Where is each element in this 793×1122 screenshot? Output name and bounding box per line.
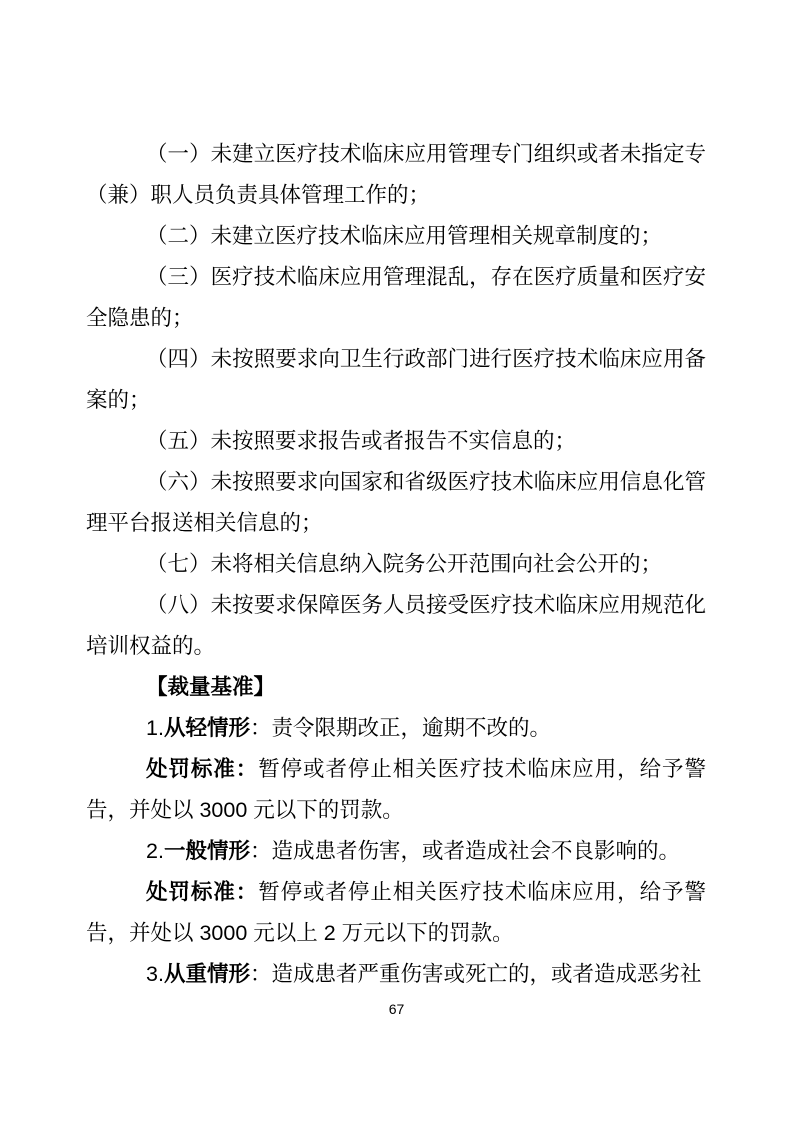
- clause-5: （五）未按照要求报告或者报告不实信息的；: [86, 421, 706, 462]
- bold-text-run: 一般情形: [164, 839, 250, 863]
- clause-8: （八）未按要求保障医务人员接受医疗技术临床应用规范化培训权益的。: [86, 585, 706, 667]
- page-footer: 67: [0, 1000, 793, 1019]
- text-run: （七）未将相关信息纳入院务公开范围向社会公开的；: [146, 552, 662, 576]
- bold-text-run: 从重情形: [164, 962, 250, 986]
- penalty-standard-2: 处罚标准：暂停或者停止相关医疗技术临床应用，给予警告，并处以 3000 元以上 …: [86, 872, 706, 954]
- text-run: 1.: [146, 716, 164, 740]
- clause-7: （七）未将相关信息纳入院务公开范围向社会公开的；: [86, 544, 706, 585]
- item-3-severe-circumstance: 3.从重情形：造成患者严重伤害或死亡的，或者造成恶劣社: [86, 954, 706, 995]
- text-run: （二）未建立医疗技术临床应用管理相关规章制度的；: [146, 224, 662, 248]
- item-2-general-circumstance: 2.一般情形：造成患者伤害，或者造成社会不良影响的。: [86, 831, 706, 872]
- text-run: （四）未按照要求向卫生行政部门进行医疗技术临床应用备案的；: [86, 347, 706, 412]
- penalty-standard-1: 处罚标准：暂停或者停止相关医疗技术临床应用，给予警告，并处以 3000 元以下的…: [86, 749, 706, 831]
- text-run: （五）未按照要求报告或者报告不实信息的；: [146, 429, 576, 453]
- text-run: （一）未建立医疗技术临床应用管理专门组织或者未指定专（兼）职人员负责具体管理工作…: [86, 142, 706, 207]
- document-body: （一）未建立医疗技术临床应用管理专门组织或者未指定专（兼）职人员负责具体管理工作…: [86, 134, 706, 995]
- text-run: ：造成患者伤害，或者造成社会不良影响的。: [250, 839, 680, 863]
- document-page: （一）未建立医疗技术临床应用管理专门组织或者未指定专（兼）职人员负责具体管理工作…: [0, 0, 793, 1122]
- clause-2: （二）未建立医疗技术临床应用管理相关规章制度的；: [86, 216, 706, 257]
- text-run: ：造成患者严重伤害或死亡的，或者造成恶劣社: [250, 962, 702, 986]
- clause-4: （四）未按照要求向卫生行政部门进行医疗技术临床应用备案的；: [86, 339, 706, 421]
- clause-1: （一）未建立医疗技术临床应用管理专门组织或者未指定专（兼）职人员负责具体管理工作…: [86, 134, 706, 216]
- bold-text-run: 处罚标准：: [146, 880, 258, 904]
- clause-6: （六）未按照要求向国家和省级医疗技术临床应用信息化管理平台报送相关信息的；: [86, 462, 706, 544]
- text-run: （三）医疗技术临床应用管理混乱，存在医疗质量和医疗安全隐患的；: [86, 265, 706, 330]
- text-run: ：责令限期改正，逾期不改的。: [250, 716, 551, 740]
- bold-text-run: 从轻情形: [164, 716, 250, 740]
- bold-text-run: 处罚标准：: [146, 757, 258, 781]
- page-number: 67: [389, 1001, 405, 1017]
- text-run: （八）未按要求保障医务人员接受医疗技术临床应用规范化培训权益的。: [86, 593, 706, 658]
- clause-3: （三）医疗技术临床应用管理混乱，存在医疗质量和医疗安全隐患的；: [86, 257, 706, 339]
- item-1-lenient-circumstance: 1.从轻情形：责令限期改正，逾期不改的。: [86, 708, 706, 749]
- section-heading-discretion-benchmark: 【裁量基准】: [86, 667, 706, 708]
- bold-text-run: 【裁量基准】: [146, 675, 275, 699]
- text-run: 2.: [146, 839, 164, 863]
- text-run: （六）未按照要求向国家和省级医疗技术临床应用信息化管理平台报送相关信息的；: [86, 470, 706, 535]
- text-run: 3.: [146, 962, 164, 986]
